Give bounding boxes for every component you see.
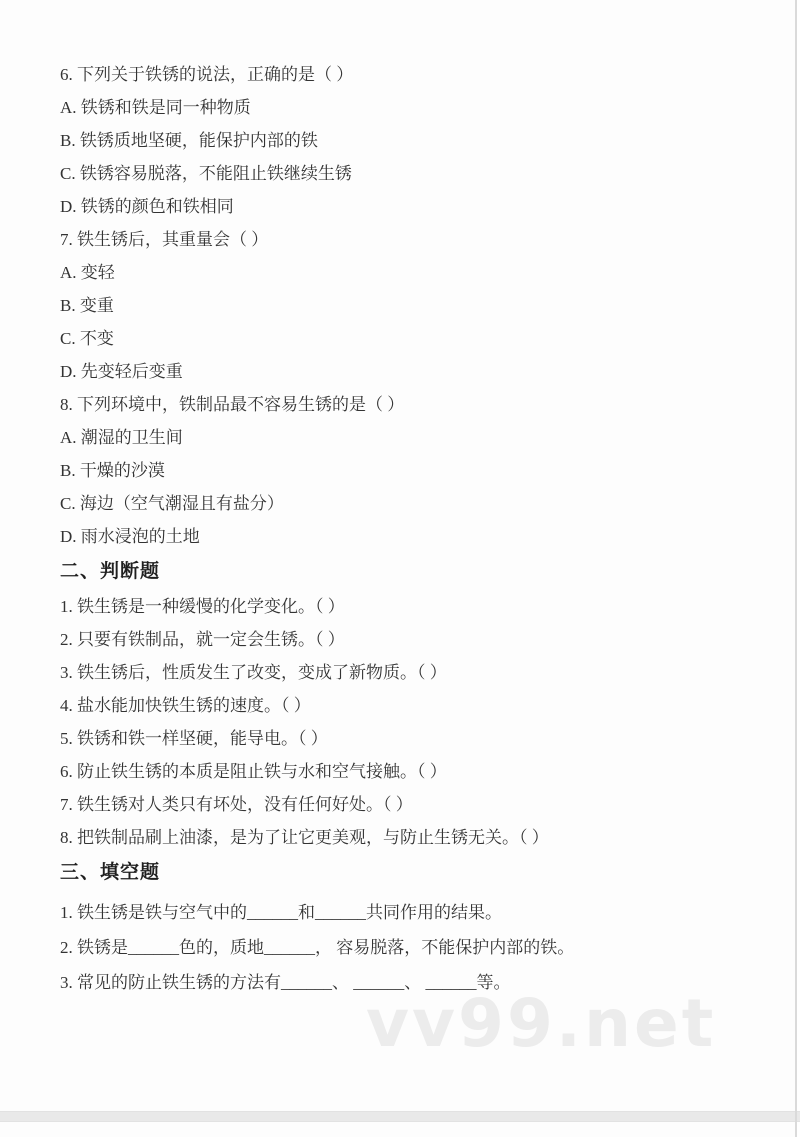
page-edge-line [795, 0, 797, 1137]
question-option: B. 变重 [60, 296, 760, 316]
document-content: 6. 下列关于铁锈的说法，正确的是（ ） A. 铁锈和铁是同一种物质 B. 铁锈… [60, 65, 760, 1008]
true-false-item: 4. 盐水能加快铁生锈的速度。（ ） [60, 696, 760, 716]
question-stem: 8. 下列环境中，铁制品最不容易生锈的是（ ） [60, 395, 760, 415]
section-heading-fill-blank: 三、填空题 [60, 861, 760, 885]
true-false-item: 6. 防止铁生锈的本质是阻止铁与水和空气接触。（ ） [60, 762, 760, 782]
question-option: B. 铁锈质地坚硬，能保护内部的铁 [60, 131, 760, 151]
section-heading-true-false: 二、判断题 [60, 560, 760, 584]
question-option: A. 变轻 [60, 263, 760, 283]
fill-blank-item: 1. 铁生锈是铁与空气中的______和______共同作用的结果。 [60, 903, 760, 923]
question-option: C. 不变 [60, 329, 760, 349]
question-option: C. 铁锈容易脱落，不能阻止铁继续生锈 [60, 164, 760, 184]
question-option: B. 干燥的沙漠 [60, 461, 760, 481]
question-option: A. 铁锈和铁是同一种物质 [60, 98, 760, 118]
true-false-item: 2. 只要有铁制品，就一定会生锈。（ ） [60, 630, 760, 650]
true-false-item: 1. 铁生锈是一种缓慢的化学变化。（ ） [60, 597, 760, 617]
true-false-item: 8. 把铁制品刷上油漆，是为了让它更美观，与防止生锈无关。（ ） [60, 828, 760, 848]
page-separator [0, 1111, 800, 1122]
fill-blank-item: 2. 铁锈是______色的，质地______， 容易脱落，不能保护内部的铁。 [60, 938, 760, 958]
question-option: D. 铁锈的颜色和铁相同 [60, 197, 760, 217]
question-option: D. 先变轻后变重 [60, 362, 760, 382]
question-stem: 7. 铁生锈后，其重量会（ ） [60, 230, 760, 250]
next-page-top [0, 1122, 796, 1137]
question-stem: 6. 下列关于铁锈的说法，正确的是（ ） [60, 65, 760, 85]
true-false-item: 7. 铁生锈对人类只有坏处，没有任何好处。（ ） [60, 795, 760, 815]
true-false-item: 3. 铁生锈后，性质发生了改变，变成了新物质。（ ） [60, 663, 760, 683]
question-option: A. 潮湿的卫生间 [60, 428, 760, 448]
true-false-item: 5. 铁锈和铁一样坚硬，能导电。（ ） [60, 729, 760, 749]
question-option: C. 海边（空气潮湿且有盐分） [60, 494, 760, 514]
watermark: vv99.net [366, 986, 716, 1062]
question-option: D. 雨水浸泡的土地 [60, 527, 760, 547]
